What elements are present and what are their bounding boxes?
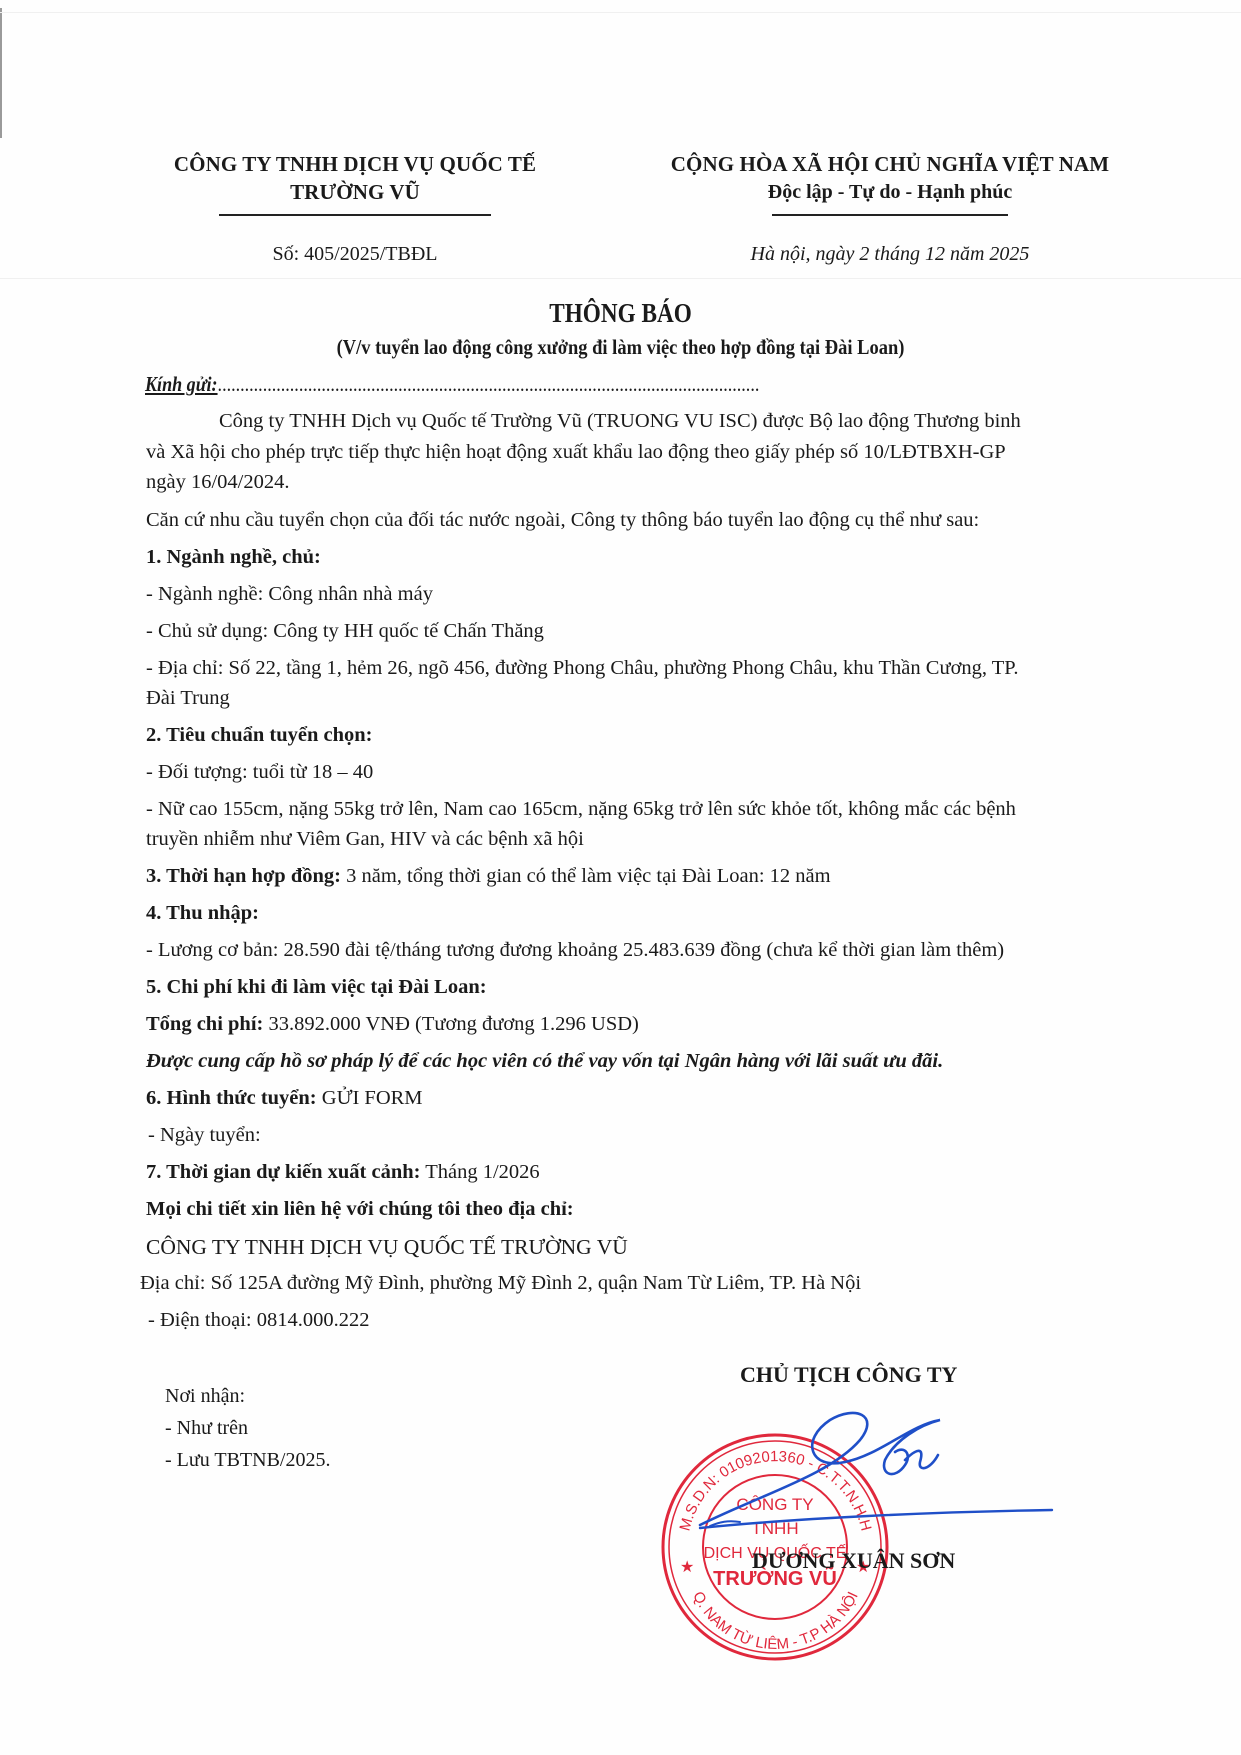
section-heading: 4. Thu nhập: (146, 902, 259, 925)
national-header-rule (772, 214, 1008, 216)
section-6: 6. Hình thức tuyển: GỬI FORM (146, 1087, 423, 1110)
company-name-line1: CÔNG TY TNHH DỊCH VỤ QUỐC TẾ (140, 150, 570, 178)
total-cost: Tổng chi phí: 33.892.000 VNĐ (Tương đươn… (146, 1013, 639, 1036)
section-value: 3 năm, tổng thời gian có thể làm việc tạ… (341, 865, 831, 887)
loan-note: Được cung cấp hồ sơ pháp lý để các học v… (146, 1050, 943, 1073)
document-subtitle: (V/v tuyển lao động công xưởng đi làm vi… (87, 335, 1154, 360)
section-heading: 7. Thời gian dự kiến xuất cảnh: (146, 1161, 420, 1183)
section-heading: 6. Hình thức tuyển: (146, 1087, 317, 1109)
salutation-label: Kính gửi: (145, 372, 218, 396)
section-7: 7. Thời gian dự kiến xuất cảnh: Tháng 1/… (146, 1161, 540, 1184)
section-item: - Nữ cao 155cm, nặng 55kg trở lên, Nam c… (146, 798, 1016, 821)
section-value: GỬI FORM (317, 1087, 423, 1109)
salutation-dots: ........................................… (218, 372, 760, 396)
intro-paragraph-line: ngày 16/04/2024. (146, 471, 290, 494)
contact-intro: Mọi chi tiết xin liên hệ với chúng tôi t… (146, 1198, 574, 1221)
scan-artifact-line (0, 12, 1241, 13)
section-item: truyền nhiễm như Viêm Gan, HIV và các bệ… (146, 828, 584, 851)
section-heading: 1. Ngành nghề, chủ: (146, 546, 321, 569)
document-number: Số: 405/2025/TBĐL (140, 243, 570, 266)
total-cost-label: Tổng chi phí: (146, 1013, 263, 1035)
contact-phone: - Điện thoại: 0814.000.222 (148, 1309, 370, 1332)
scan-artifact-line (0, 278, 1241, 279)
intro-basis: Căn cứ nhu cầu tuyển chọn của đối tác nư… (146, 509, 979, 532)
signer-title: CHỦ TỊCH CÔNG TY (740, 1362, 957, 1388)
section-heading: 5. Chi phí khi đi làm việc tại Đài Loan: (146, 976, 487, 999)
recipients-block: Nơi nhận: - Như trên - Lưu TBTNB/2025. (165, 1380, 330, 1476)
section-item: - Ngành nghề: Công nhân nhà máy (146, 583, 433, 606)
national-motto: Độc lập - Tự do - Hạnh phúc (620, 178, 1160, 206)
signer-name: DƯƠNG XUÂN SƠN (752, 1548, 955, 1574)
section-item: - Chủ sử dụng: Công ty HH quốc tế Chấn T… (146, 620, 544, 643)
document-title: THÔNG BÁO (87, 298, 1154, 329)
section-item: - Địa chỉ: Số 22, tầng 1, hẻm 26, ngõ 45… (146, 657, 1019, 680)
document-page: CÔNG TY TNHH DỊCH VỤ QUỐC TẾ TRƯỜNG VŨ C… (0, 0, 1241, 1755)
contact-company: CÔNG TY TNHH DỊCH VỤ QUỐC TẾ TRƯỜNG VŨ (146, 1235, 628, 1260)
section-item: - Ngày tuyển: (148, 1124, 261, 1147)
scan-edge-mark (0, 8, 2, 138)
total-cost-value: 33.892.000 VNĐ (Tương đương 1.296 USD) (263, 1013, 639, 1035)
recipient-item: - Lưu TBTNB/2025. (165, 1444, 330, 1476)
section-item: - Đối tượng: tuổi từ 18 – 40 (146, 761, 373, 784)
salutation: Kính gửi:...............................… (145, 372, 759, 397)
signature-icon (680, 1400, 1060, 1560)
country-name: CỘNG HÒA XÃ HỘI CHỦ NGHĨA VIỆT NAM (620, 150, 1160, 178)
section-item: - Lương cơ bản: 28.590 đài tệ/tháng tươn… (146, 939, 1004, 962)
section-value: Tháng 1/2026 (420, 1161, 539, 1183)
national-header: CỘNG HÒA XÃ HỘI CHỦ NGHĨA VIỆT NAM Độc l… (620, 150, 1160, 216)
company-header-rule (219, 214, 491, 216)
recipient-item: - Như trên (165, 1412, 330, 1444)
company-header: CÔNG TY TNHH DỊCH VỤ QUỐC TẾ TRƯỜNG VŨ (140, 150, 570, 216)
section-heading: 2. Tiêu chuẩn tuyển chọn: (146, 724, 373, 747)
svg-text:Q. NAM TỪ LIÊM - T.P HÀ NỘI: Q. NAM TỪ LIÊM - T.P HÀ NỘI (689, 1589, 862, 1653)
intro-paragraph-line: và Xã hội cho phép trực tiếp thực hiện h… (146, 441, 1006, 464)
document-date: Hà nội, ngày 2 tháng 12 năm 2025 (620, 243, 1160, 266)
section-item: Đài Trung (146, 687, 230, 710)
section-heading: 3. Thời hạn hợp đồng: (146, 865, 341, 887)
company-name-line2: TRƯỜNG VŨ (140, 178, 570, 206)
recipients-label: Nơi nhận: (165, 1380, 330, 1412)
contact-address: Địa chỉ: Số 125A đường Mỹ Đình, phường M… (140, 1272, 861, 1295)
section-3: 3. Thời hạn hợp đồng: 3 năm, tổng thời g… (146, 865, 831, 888)
intro-paragraph-line: Công ty TNHH Dịch vụ Quốc tế Trường Vũ (… (219, 410, 1021, 433)
